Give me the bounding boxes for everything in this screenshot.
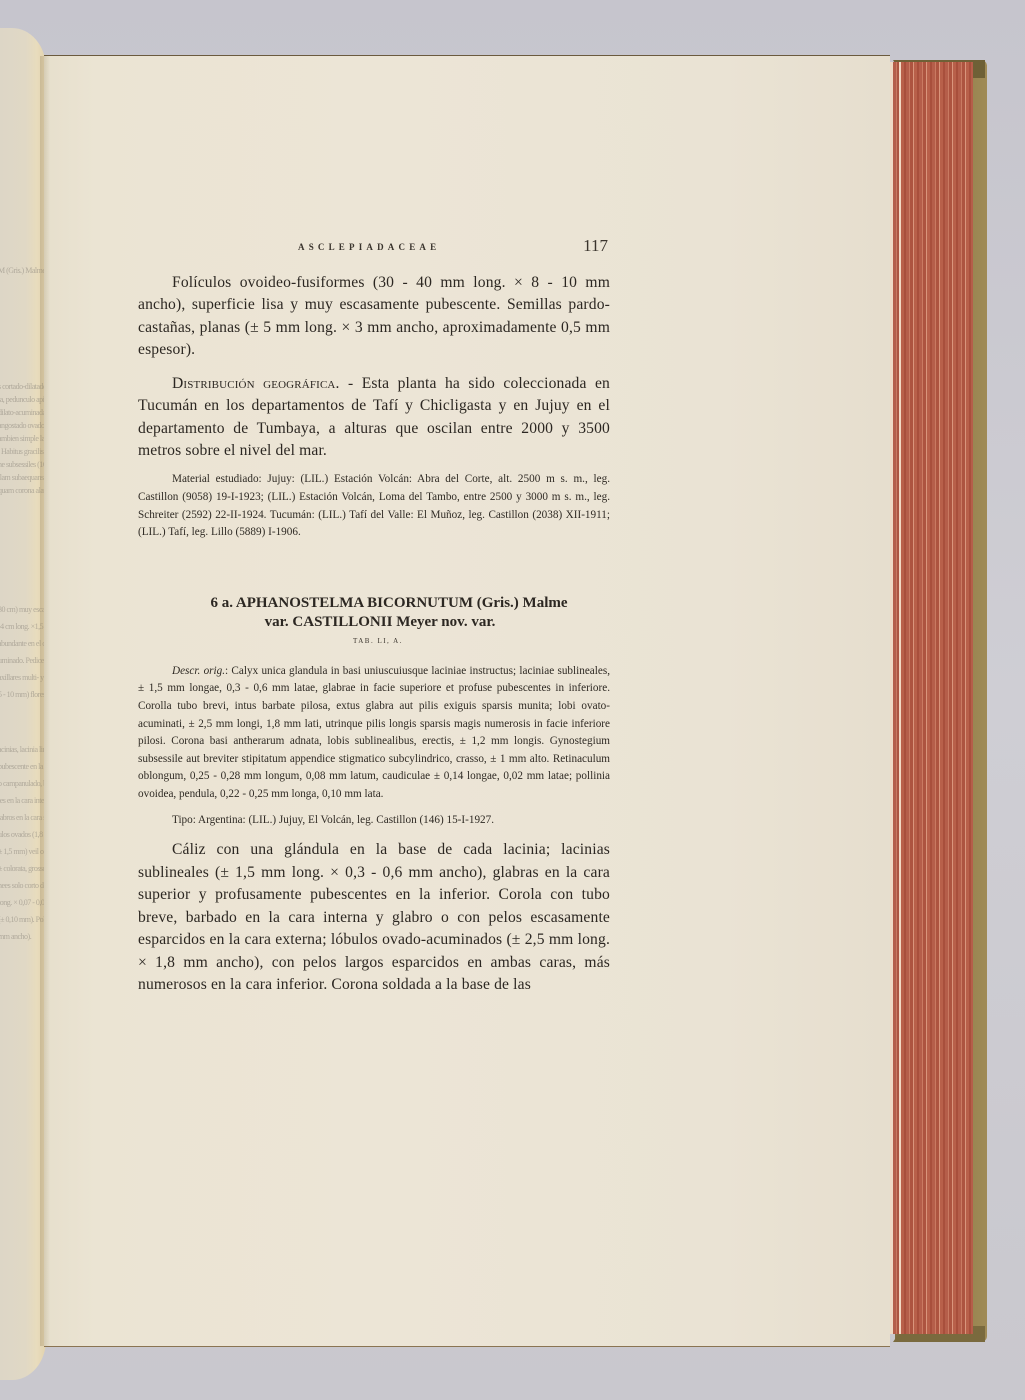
paragraph-material-estudiado: Material estudiado: Jujuy: (LIL.) Estaci… [138,471,610,541]
paragraph-descr-orig: Descr. orig.: Calyx unica glandula in ba… [138,663,610,804]
paragraph-foliculos: Folículos ovoideo-fusiformes (30 - 40 mm… [138,272,610,361]
gutter-shadow [40,56,50,1346]
paragraph-distribucion: Distribución geográfica. - Esta planta h… [138,373,610,462]
section-label-distribucion: Distribución geográfica. [172,375,340,392]
running-head-title: ASCLEPIADACEAE [298,242,440,252]
paragraph-tipo: Tipo: Argentina: (LIL.) Jujuy, El Volcán… [138,812,610,830]
plate-reference: TAB. LI, A. [138,637,610,645]
descr-text: : Calyx unica glandula in basi uniuscuiu… [138,665,610,800]
paragraph-caliz: Cáliz con una glándula en la base de cad… [138,839,610,997]
taxon-name-line2: var. CASTILLONII Meyer nov. var. [138,613,610,632]
page-number: 117 [583,236,608,256]
page-text-block: ASCLEPIADACEAE 117 Folículos ovoideo-fus… [138,236,610,997]
taxon-name-line1: 6 a. APHANOSTELMA BICORNUTUM (Gris.) Mal… [138,594,610,613]
running-head: ASCLEPIADACEAE 117 [138,236,610,262]
taxon-heading: 6 a. APHANOSTELMA BICORNUTUM (Gris.) Mal… [138,594,610,632]
page-fore-edge [889,62,973,1334]
descr-label: Descr. orig. [172,665,225,677]
